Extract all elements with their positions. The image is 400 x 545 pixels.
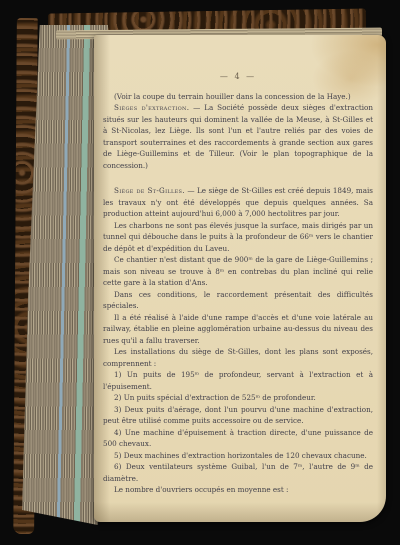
list-item-number: 5) bbox=[114, 451, 121, 460]
paragraph: Il a été réalisé à l'aide d'une rampe d'… bbox=[103, 312, 373, 347]
list-item: 1) Un puits de 195ᵐ de profondeur, serva… bbox=[103, 369, 373, 392]
list-item-number: 6) bbox=[114, 462, 121, 471]
list-item-text: Un puits de 195ᵐ de profondeur, servant … bbox=[103, 370, 373, 391]
list-item: 6) Deux ventilateurs système Guibal, l'u… bbox=[103, 461, 373, 484]
paragraph: Ce chantier n'est distant que de 900ᵐ de… bbox=[103, 254, 373, 289]
list-item-text: Un puits spécial d'extraction de 525ᵐ de… bbox=[124, 393, 316, 402]
paragraph: Les charbons ne sont pas élevés jusque l… bbox=[103, 220, 373, 255]
paragraph: Siège de St-Gilles. — Le siège de St-Gil… bbox=[103, 185, 373, 220]
closing-line: Le nombre d'ouvriers occupés en moyenne … bbox=[103, 484, 373, 496]
paragraph: Sièges d'extraction. — La Société possèd… bbox=[103, 102, 373, 171]
paragraph: (Voir la coupe du terrain houiller dans … bbox=[103, 91, 373, 103]
list-item-number: 2) bbox=[114, 393, 121, 402]
list-item: 2) Un puits spécial d'extraction de 525ᵐ… bbox=[103, 392, 373, 404]
page-number: — 4 — bbox=[103, 71, 373, 83]
book-photo: — 4 — (Voir la coupe du terrain houiller… bbox=[0, 0, 400, 545]
list-item: 3) Deux puits d'aérage, dont l'un pourvu… bbox=[103, 404, 373, 427]
list-item-number: 3) bbox=[114, 405, 121, 414]
paragraph: Dans ces conditions, le raccordement pré… bbox=[103, 289, 373, 312]
book-page: — 4 — (Voir la coupe du terrain houiller… bbox=[94, 35, 386, 522]
text-column: — 4 — (Voir la coupe du terrain houiller… bbox=[103, 71, 373, 496]
list-item-text: Deux machines d'extraction horizontales … bbox=[124, 451, 367, 460]
list-item-number: 1) bbox=[114, 370, 121, 379]
list-item: 5) Deux machines d'extraction horizontal… bbox=[103, 450, 373, 462]
paragraph: Les installations du siège de St-Gilles,… bbox=[103, 346, 373, 369]
section-heading: Siège de St-Gilles. bbox=[114, 186, 185, 195]
list-item-text: Deux ventilateurs système Guibal, l'un d… bbox=[103, 462, 373, 483]
section-heading: Sièges d'extraction. bbox=[114, 103, 189, 112]
list-item-text: Une machine d'épuisement à traction dire… bbox=[103, 428, 373, 449]
list-item-text: Deux puits d'aérage, dont l'un pourvu d'… bbox=[103, 405, 373, 426]
list-item: 4) Une machine d'épuisement à traction d… bbox=[103, 427, 373, 450]
list-item-number: 4) bbox=[114, 428, 121, 437]
paragraph-text: — La Société possède deux sièges d'extra… bbox=[103, 103, 373, 170]
